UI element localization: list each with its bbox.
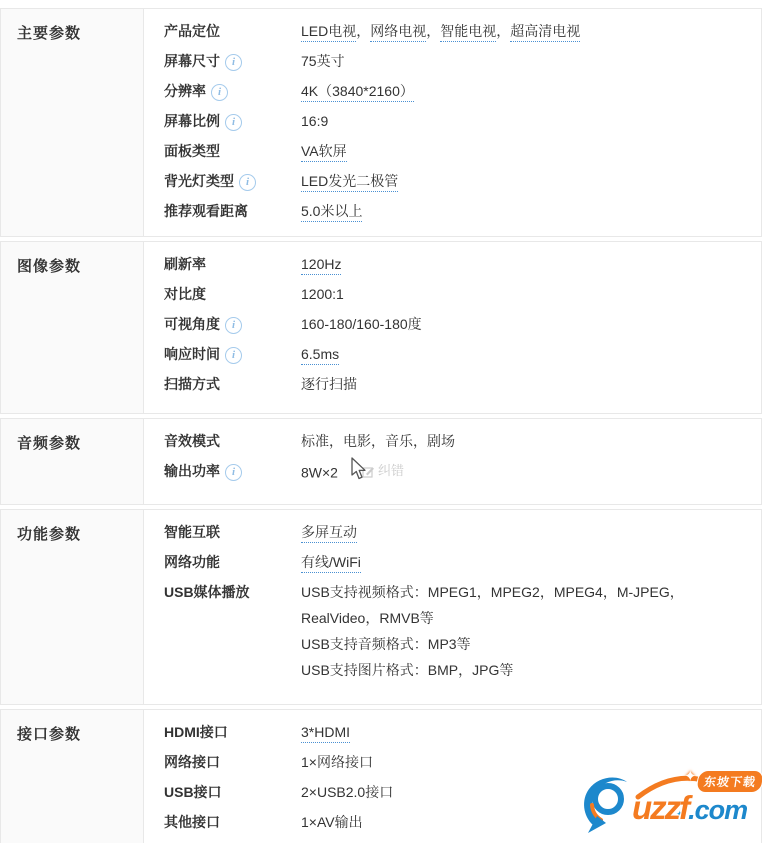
spec-value-line: 8W×2纠错 xyxy=(301,456,404,488)
spec-label: 产品定位 xyxy=(164,16,301,46)
spec-value-line: 1200:1 xyxy=(301,279,344,309)
spec-row: 背光灯类型iLED发光二极管 xyxy=(164,166,761,196)
sparkle-star-icon: ✦ xyxy=(684,767,697,785)
spec-value-text: 1×AV输出 xyxy=(301,814,363,830)
spec-value-line: USB支持音频格式：MP3等 xyxy=(301,631,726,657)
spec-value: 3*HDMI xyxy=(301,717,350,747)
section-category-cell: 功能参数 xyxy=(1,510,144,704)
spec-value-line: 4K（3840*2160） xyxy=(301,76,414,106)
spec-value: 160-180/160-180度 xyxy=(301,309,422,339)
spec-link[interactable]: 6.5ms xyxy=(301,346,339,365)
spec-row: 响应时间i6.5ms xyxy=(164,339,761,369)
spec-table: 主要参数产品定位LED电视，网络电视，智能电视，超高清电视屏幕尺寸i75英寸分辨… xyxy=(0,0,762,843)
spec-section: 音频参数音效模式标准，电影，音乐，剧场输出功率i8W×2纠错 xyxy=(0,418,762,505)
spec-value: 标准，电影，音乐，剧场 xyxy=(301,426,455,456)
info-icon[interactable]: i xyxy=(239,174,256,191)
section-title: 主要参数 xyxy=(17,22,143,43)
spec-value-text: 75英寸 xyxy=(301,53,345,69)
spec-value-line: 16:9 xyxy=(301,106,328,136)
info-icon[interactable]: i xyxy=(225,317,242,334)
spec-label-text: 产品定位 xyxy=(164,23,220,39)
spec-value-line: VA软屏 xyxy=(301,136,347,166)
spec-value-line: LED发光二极管 xyxy=(301,166,398,196)
spec-value: 2×USB2.0接口 xyxy=(301,777,393,807)
spec-label: USB媒体播放 xyxy=(164,577,301,607)
spec-link[interactable]: 多屏互动 xyxy=(301,524,357,543)
spec-value-line: 75英寸 xyxy=(301,46,345,76)
section-rows: 音效模式标准，电影，音乐，剧场输出功率i8W×2纠错 xyxy=(144,419,761,504)
spec-row: 音效模式标准，电影，音乐，剧场 xyxy=(164,426,761,456)
spec-label-text: 刷新率 xyxy=(164,256,206,272)
spec-link[interactable]: 5.0米以上 xyxy=(301,203,362,222)
spec-label: 背光灯类型i xyxy=(164,166,301,196)
spec-label: 推荐观看距离 xyxy=(164,196,301,226)
spec-value-text: USB支持视频格式：MPEG1，MPEG2，MPEG4，M-JPEG，RealV… xyxy=(301,584,684,626)
spec-value-line: 标准，电影，音乐，剧场 xyxy=(301,426,455,456)
spec-value-line: 5.0米以上 xyxy=(301,196,362,226)
spec-link[interactable]: 4K（3840*2160） xyxy=(301,83,414,102)
spec-value-line: 多屏互动 xyxy=(301,517,357,547)
spec-row: 产品定位LED电视，网络电视，智能电视，超高清电视 xyxy=(164,16,761,46)
spec-row: 对比度1200:1 xyxy=(164,279,761,309)
spec-value: USB支持视频格式：MPEG1，MPEG2，MPEG4，M-JPEG，RealV… xyxy=(301,577,726,683)
spec-value-line: USB支持图片格式：BMP，JPG等 xyxy=(301,657,726,683)
correction-label[interactable]: 纠错 xyxy=(378,456,404,486)
spec-value: LED发光二极管 xyxy=(301,166,398,196)
spec-label: 屏幕尺寸i xyxy=(164,46,301,76)
spec-section: 图像参数刷新率120Hz对比度1200:1可视角度i160-180/160-18… xyxy=(0,241,762,414)
spec-value-text: USB支持音频格式：MP3等 xyxy=(301,636,471,652)
spec-label: 输出功率i xyxy=(164,456,301,486)
spec-label: 扫描方式 xyxy=(164,369,301,399)
spec-label: 分辨率i xyxy=(164,76,301,106)
spec-value-text: ， xyxy=(356,23,370,39)
uzzf-watermark-logo: ✦ ✦ ✦ uzzf.com 东坡下载 xyxy=(580,765,762,841)
spec-link[interactable]: 3*HDMI xyxy=(301,724,350,743)
spec-value: 4K（3840*2160） xyxy=(301,76,414,106)
spec-value-line: 160-180/160-180度 xyxy=(301,309,422,339)
spec-value: 1×AV输出 xyxy=(301,807,363,837)
spec-value-text: 8W×2 xyxy=(301,465,338,481)
spec-label-text: 网络接口 xyxy=(164,754,220,770)
spec-label: 音效模式 xyxy=(164,426,301,456)
spec-link[interactable]: 网络电视 xyxy=(370,23,426,42)
spec-label: 响应时间i xyxy=(164,339,301,369)
spec-value-line: USB支持视频格式：MPEG1，MPEG2，MPEG4，M-JPEG，RealV… xyxy=(301,579,726,631)
spec-label-text: 其他接口 xyxy=(164,814,220,830)
info-icon[interactable]: i xyxy=(225,347,242,364)
spec-link[interactable]: 智能电视 xyxy=(440,23,496,42)
spec-value: 1200:1 xyxy=(301,279,344,309)
info-icon[interactable]: i xyxy=(211,84,228,101)
spec-value-text: ， xyxy=(426,23,440,39)
spec-value: 75英寸 xyxy=(301,46,345,76)
spec-label: HDMI接口 xyxy=(164,717,301,747)
spec-label-text: USB媒体播放 xyxy=(164,584,250,600)
spec-row: 可视角度i160-180/160-180度 xyxy=(164,309,761,339)
spec-value: 5.0米以上 xyxy=(301,196,362,226)
spec-label-text: 网络功能 xyxy=(164,554,220,570)
spec-label: 屏幕比例i xyxy=(164,106,301,136)
spec-row: 网络功能有线/WiFi xyxy=(164,547,761,577)
spec-link[interactable]: 有线/WiFi xyxy=(301,554,361,573)
spec-value-text: 标准，电影，音乐，剧场 xyxy=(301,433,455,449)
section-rows: 智能互联多屏互动网络功能有线/WiFiUSB媒体播放USB支持视频格式：MPEG… xyxy=(144,510,761,704)
spec-value: VA软屏 xyxy=(301,136,347,166)
correction-link[interactable]: 纠错 xyxy=(362,456,404,486)
spec-label-text: 对比度 xyxy=(164,286,206,302)
spec-label-text: 智能互联 xyxy=(164,524,220,540)
spec-value: 120Hz xyxy=(301,249,341,279)
section-title: 音频参数 xyxy=(17,432,143,453)
spec-link[interactable]: VA软屏 xyxy=(301,143,347,162)
spec-row: USB媒体播放USB支持视频格式：MPEG1，MPEG2，MPEG4，M-JPE… xyxy=(164,577,761,683)
info-icon[interactable]: i xyxy=(225,114,242,131)
logo-badge: 东坡下载 xyxy=(697,771,762,792)
spec-row: 分辨率i4K（3840*2160） xyxy=(164,76,761,106)
spec-value-line: 3*HDMI xyxy=(301,717,350,747)
spec-label: 其他接口 xyxy=(164,807,301,837)
spec-value-line: 2×USB2.0接口 xyxy=(301,777,393,807)
section-category-cell: 图像参数 xyxy=(1,242,144,413)
logo-swirl-icon xyxy=(580,773,636,840)
spec-value-line: 有线/WiFi xyxy=(301,547,361,577)
section-title: 接口参数 xyxy=(17,723,143,744)
spec-value: 16:9 xyxy=(301,106,328,136)
section-category-cell: 主要参数 xyxy=(1,9,144,236)
spec-label-text: 音效模式 xyxy=(164,433,220,449)
spec-label-text: 推荐观看距离 xyxy=(164,203,248,219)
spec-value-text: 逐行扫描 xyxy=(301,376,357,392)
spec-value-line: 6.5ms xyxy=(301,339,339,369)
section-category-cell: 接口参数 xyxy=(1,710,144,843)
spec-value-text: 16:9 xyxy=(301,113,328,129)
spec-value-line: 120Hz xyxy=(301,249,341,279)
spec-label-text: USB接口 xyxy=(164,784,222,800)
spec-link[interactable]: 超高清电视 xyxy=(510,23,580,42)
section-rows: 刷新率120Hz对比度1200:1可视角度i160-180/160-180度响应… xyxy=(144,242,761,413)
spec-label: 网络接口 xyxy=(164,747,301,777)
spec-label: 对比度 xyxy=(164,279,301,309)
spec-label: 智能互联 xyxy=(164,517,301,547)
spec-row: 智能互联多屏互动 xyxy=(164,517,761,547)
spec-row: 推荐观看距离5.0米以上 xyxy=(164,196,761,226)
spec-link[interactable]: LED发光二极管 xyxy=(301,173,398,192)
spec-value: 逐行扫描 xyxy=(301,369,357,399)
edit-pencil-icon xyxy=(362,465,375,478)
spec-value-line: LED电视，网络电视，智能电视，超高清电视 xyxy=(301,16,580,46)
spec-value: 多屏互动 xyxy=(301,517,357,547)
spec-label: 刷新率 xyxy=(164,249,301,279)
spec-value: 8W×2纠错 xyxy=(301,456,404,488)
spec-row: 输出功率i8W×2纠错 xyxy=(164,456,761,488)
spec-label-text: 分辨率 xyxy=(164,83,206,99)
spec-section: 主要参数产品定位LED电视，网络电视，智能电视，超高清电视屏幕尺寸i75英寸分辨… xyxy=(0,8,762,237)
spec-label-text: 屏幕比例 xyxy=(164,113,220,129)
spec-label-text: HDMI接口 xyxy=(164,724,228,740)
spec-value-text: 1×网络接口 xyxy=(301,754,373,770)
spec-value-text: USB支持图片格式：BMP，JPG等 xyxy=(301,662,513,678)
spec-label: 面板类型 xyxy=(164,136,301,166)
info-icon[interactable]: i xyxy=(225,464,242,481)
spec-row: HDMI接口3*HDMI xyxy=(164,717,761,747)
spec-link[interactable]: LED电视 xyxy=(301,23,356,42)
spec-value-text: ， xyxy=(496,23,510,39)
spec-label-text: 背光灯类型 xyxy=(164,173,234,189)
spec-label: 网络功能 xyxy=(164,547,301,577)
logo-suffix: .com xyxy=(688,795,747,825)
spec-label: USB接口 xyxy=(164,777,301,807)
spec-value: LED电视，网络电视，智能电视，超高清电视 xyxy=(301,16,580,46)
spec-row: 刷新率120Hz xyxy=(164,249,761,279)
spec-label-text: 屏幕尺寸 xyxy=(164,53,220,69)
spec-label-text: 响应时间 xyxy=(164,346,220,362)
spec-row: 扫描方式逐行扫描 xyxy=(164,369,761,399)
section-category-cell: 音频参数 xyxy=(1,419,144,504)
spec-row: 屏幕尺寸i75英寸 xyxy=(164,46,761,76)
logo-name: uzzf xyxy=(632,789,688,826)
logo-text: uzzf.com xyxy=(632,789,747,827)
section-title: 图像参数 xyxy=(17,255,143,276)
spec-value-line: 1×网络接口 xyxy=(301,747,373,777)
spec-value: 6.5ms xyxy=(301,339,339,369)
spec-row: 屏幕比例i16:9 xyxy=(164,106,761,136)
spec-value-text: 1200:1 xyxy=(301,286,344,302)
spec-label-text: 输出功率 xyxy=(164,463,220,479)
spec-value-text: 2×USB2.0接口 xyxy=(301,784,393,800)
spec-label-text: 面板类型 xyxy=(164,143,220,159)
spec-row: 面板类型VA软屏 xyxy=(164,136,761,166)
spec-label-text: 可视角度 xyxy=(164,316,220,332)
spec-link[interactable]: 120Hz xyxy=(301,256,341,275)
section-title: 功能参数 xyxy=(17,523,143,544)
spec-label: 可视角度i xyxy=(164,309,301,339)
info-icon[interactable]: i xyxy=(225,54,242,71)
spec-label-text: 扫描方式 xyxy=(164,376,220,392)
spec-section: 功能参数智能互联多屏互动网络功能有线/WiFiUSB媒体播放USB支持视频格式：… xyxy=(0,509,762,705)
spec-value: 有线/WiFi xyxy=(301,547,361,577)
spec-value-text: 160-180/160-180度 xyxy=(301,316,422,332)
section-rows: 产品定位LED电视，网络电视，智能电视，超高清电视屏幕尺寸i75英寸分辨率i4K… xyxy=(144,9,761,236)
spec-value: 1×网络接口 xyxy=(301,747,373,777)
spec-value-line: 逐行扫描 xyxy=(301,369,357,399)
spec-value-line: 1×AV输出 xyxy=(301,807,363,837)
